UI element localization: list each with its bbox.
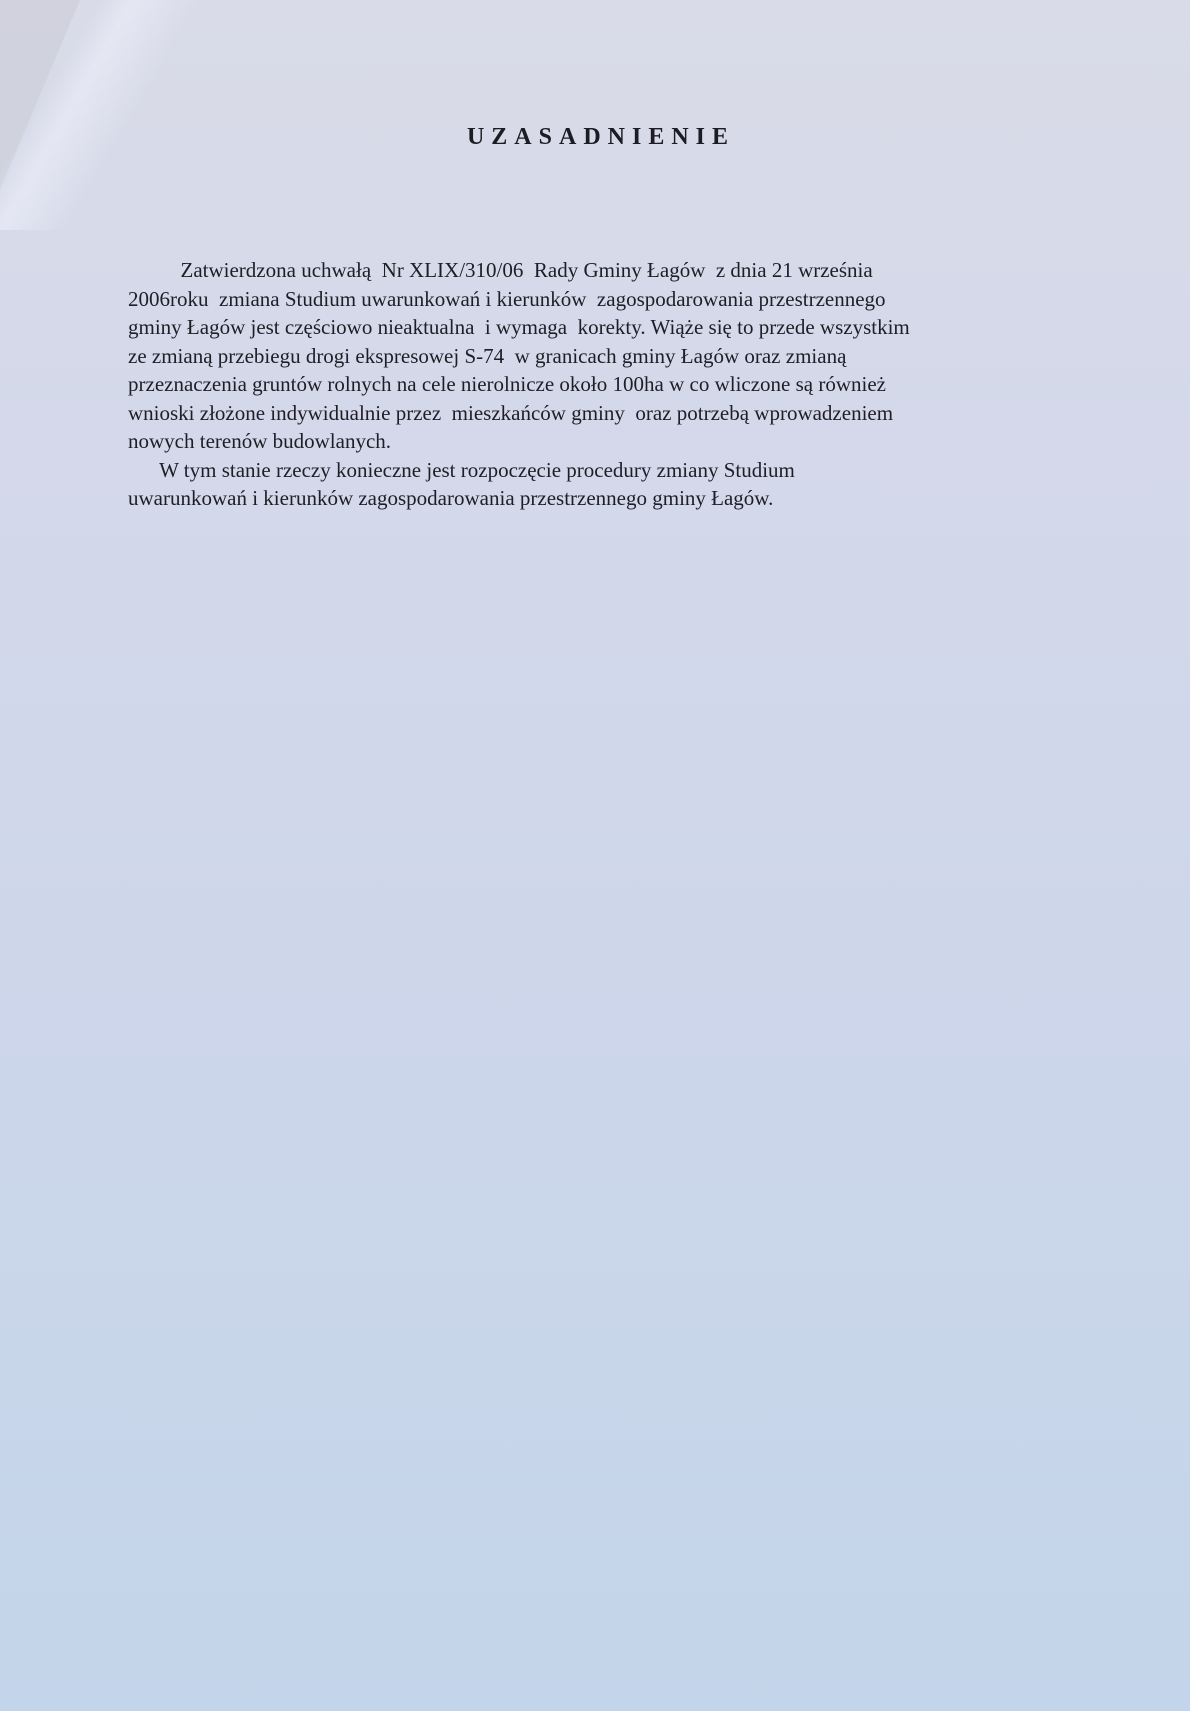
body-line: ze zmianą przebiegu drogi ekspresowej S-… xyxy=(128,342,1088,371)
body-line: wnioski złożone indywidualnie przez mies… xyxy=(128,399,1088,428)
body-line: nowych terenów budowlanych. xyxy=(128,427,1088,456)
page-fold-highlight xyxy=(0,0,200,230)
body-line: gminy Łagów jest częściowo nieaktualna i… xyxy=(128,313,1088,342)
document-body: Zatwierdzona uchwałą Nr XLIX/310/06 Rady… xyxy=(128,256,1088,513)
body-line: przeznaczenia gruntów rolnych na cele ni… xyxy=(128,370,1088,399)
body-line: uwarunkowań i kierunków zagospodarowania… xyxy=(128,484,1088,513)
document-title: UZASADNIENIE xyxy=(0,124,1190,151)
body-line: Zatwierdzona uchwałą Nr XLIX/310/06 Rady… xyxy=(128,256,1088,285)
body-line: W tym stanie rzeczy konieczne jest rozpo… xyxy=(128,456,1088,485)
scanned-page: UZASADNIENIE Zatwierdzona uchwałą Nr XLI… xyxy=(0,0,1190,1711)
body-line: 2006roku zmiana Studium uwarunkowań i ki… xyxy=(128,285,1088,314)
